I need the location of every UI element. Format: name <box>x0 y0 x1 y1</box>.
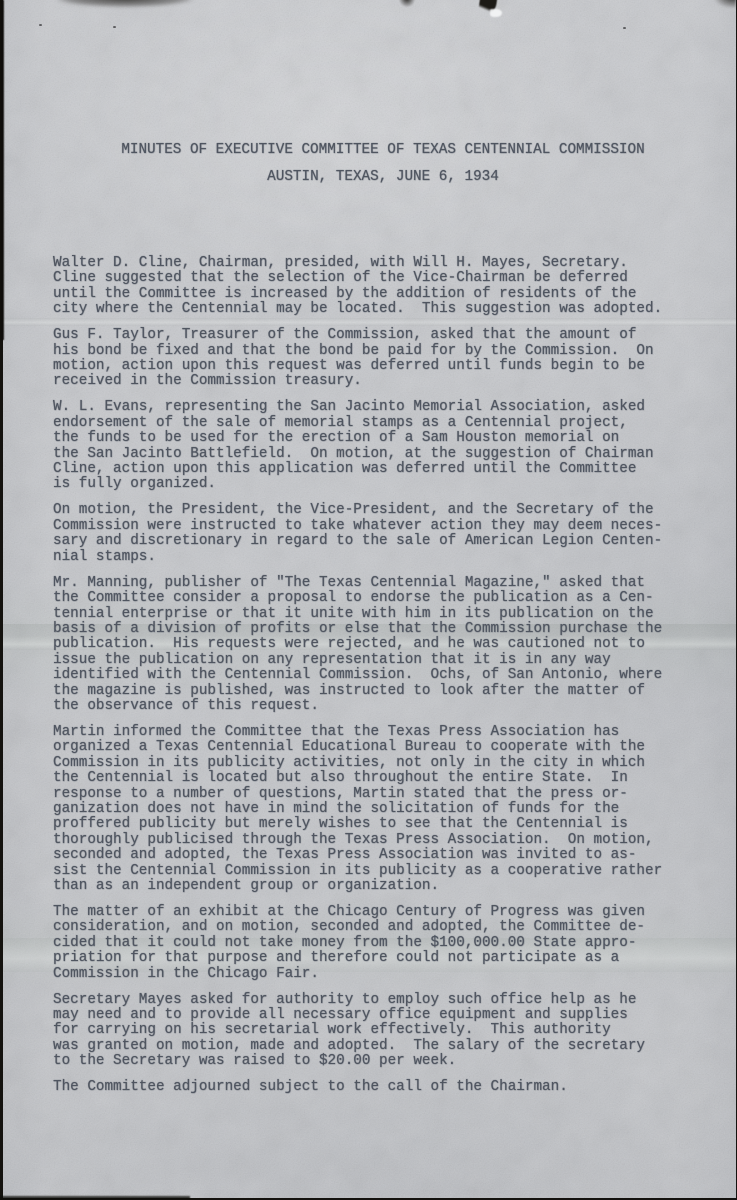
paragraph-chicago-fair: The matter of an exhibit at the Chicago … <box>53 905 713 982</box>
paragraph-taylor-bond: Gus F. Taylor, Treasurer of the Commissi… <box>53 328 713 390</box>
paragraph-american-legion-stamps: On motion, the President, the Vice-Presi… <box>53 503 713 565</box>
typewritten-text: MINUTES OF EXECUTIVE COMMITTEE OF TEXAS … <box>53 137 713 1106</box>
paragraph-adjournment: The Committee adjourned subject to the c… <box>53 1080 713 1095</box>
document-title: MINUTES OF EXECUTIVE COMMITTEE OF TEXAS … <box>53 137 713 191</box>
title-line-2: AUSTIN, TEXAS, JUNE 6, 1934 <box>53 164 713 191</box>
paragraph-evans-memorial-stamps: W. L. Evans, representing the San Jacint… <box>53 400 713 492</box>
paragraph-mayes-office-help: Secretary Mayes asked for authority to e… <box>53 993 713 1070</box>
paragraph-manning-magazine: Mr. Manning, publisher of "The Texas Cen… <box>53 576 713 715</box>
paragraph-martin-press-association: Martin informed the Committee that the T… <box>53 725 713 894</box>
paragraph-cline-vice-chairman: Walter D. Cline, Chairman, presided, wit… <box>53 256 713 318</box>
title-line-1: MINUTES OF EXECUTIVE COMMITTEE OF TEXAS … <box>53 137 713 164</box>
scanned-page: MINUTES OF EXECUTIVE COMMITTEE OF TEXAS … <box>3 0 736 1198</box>
